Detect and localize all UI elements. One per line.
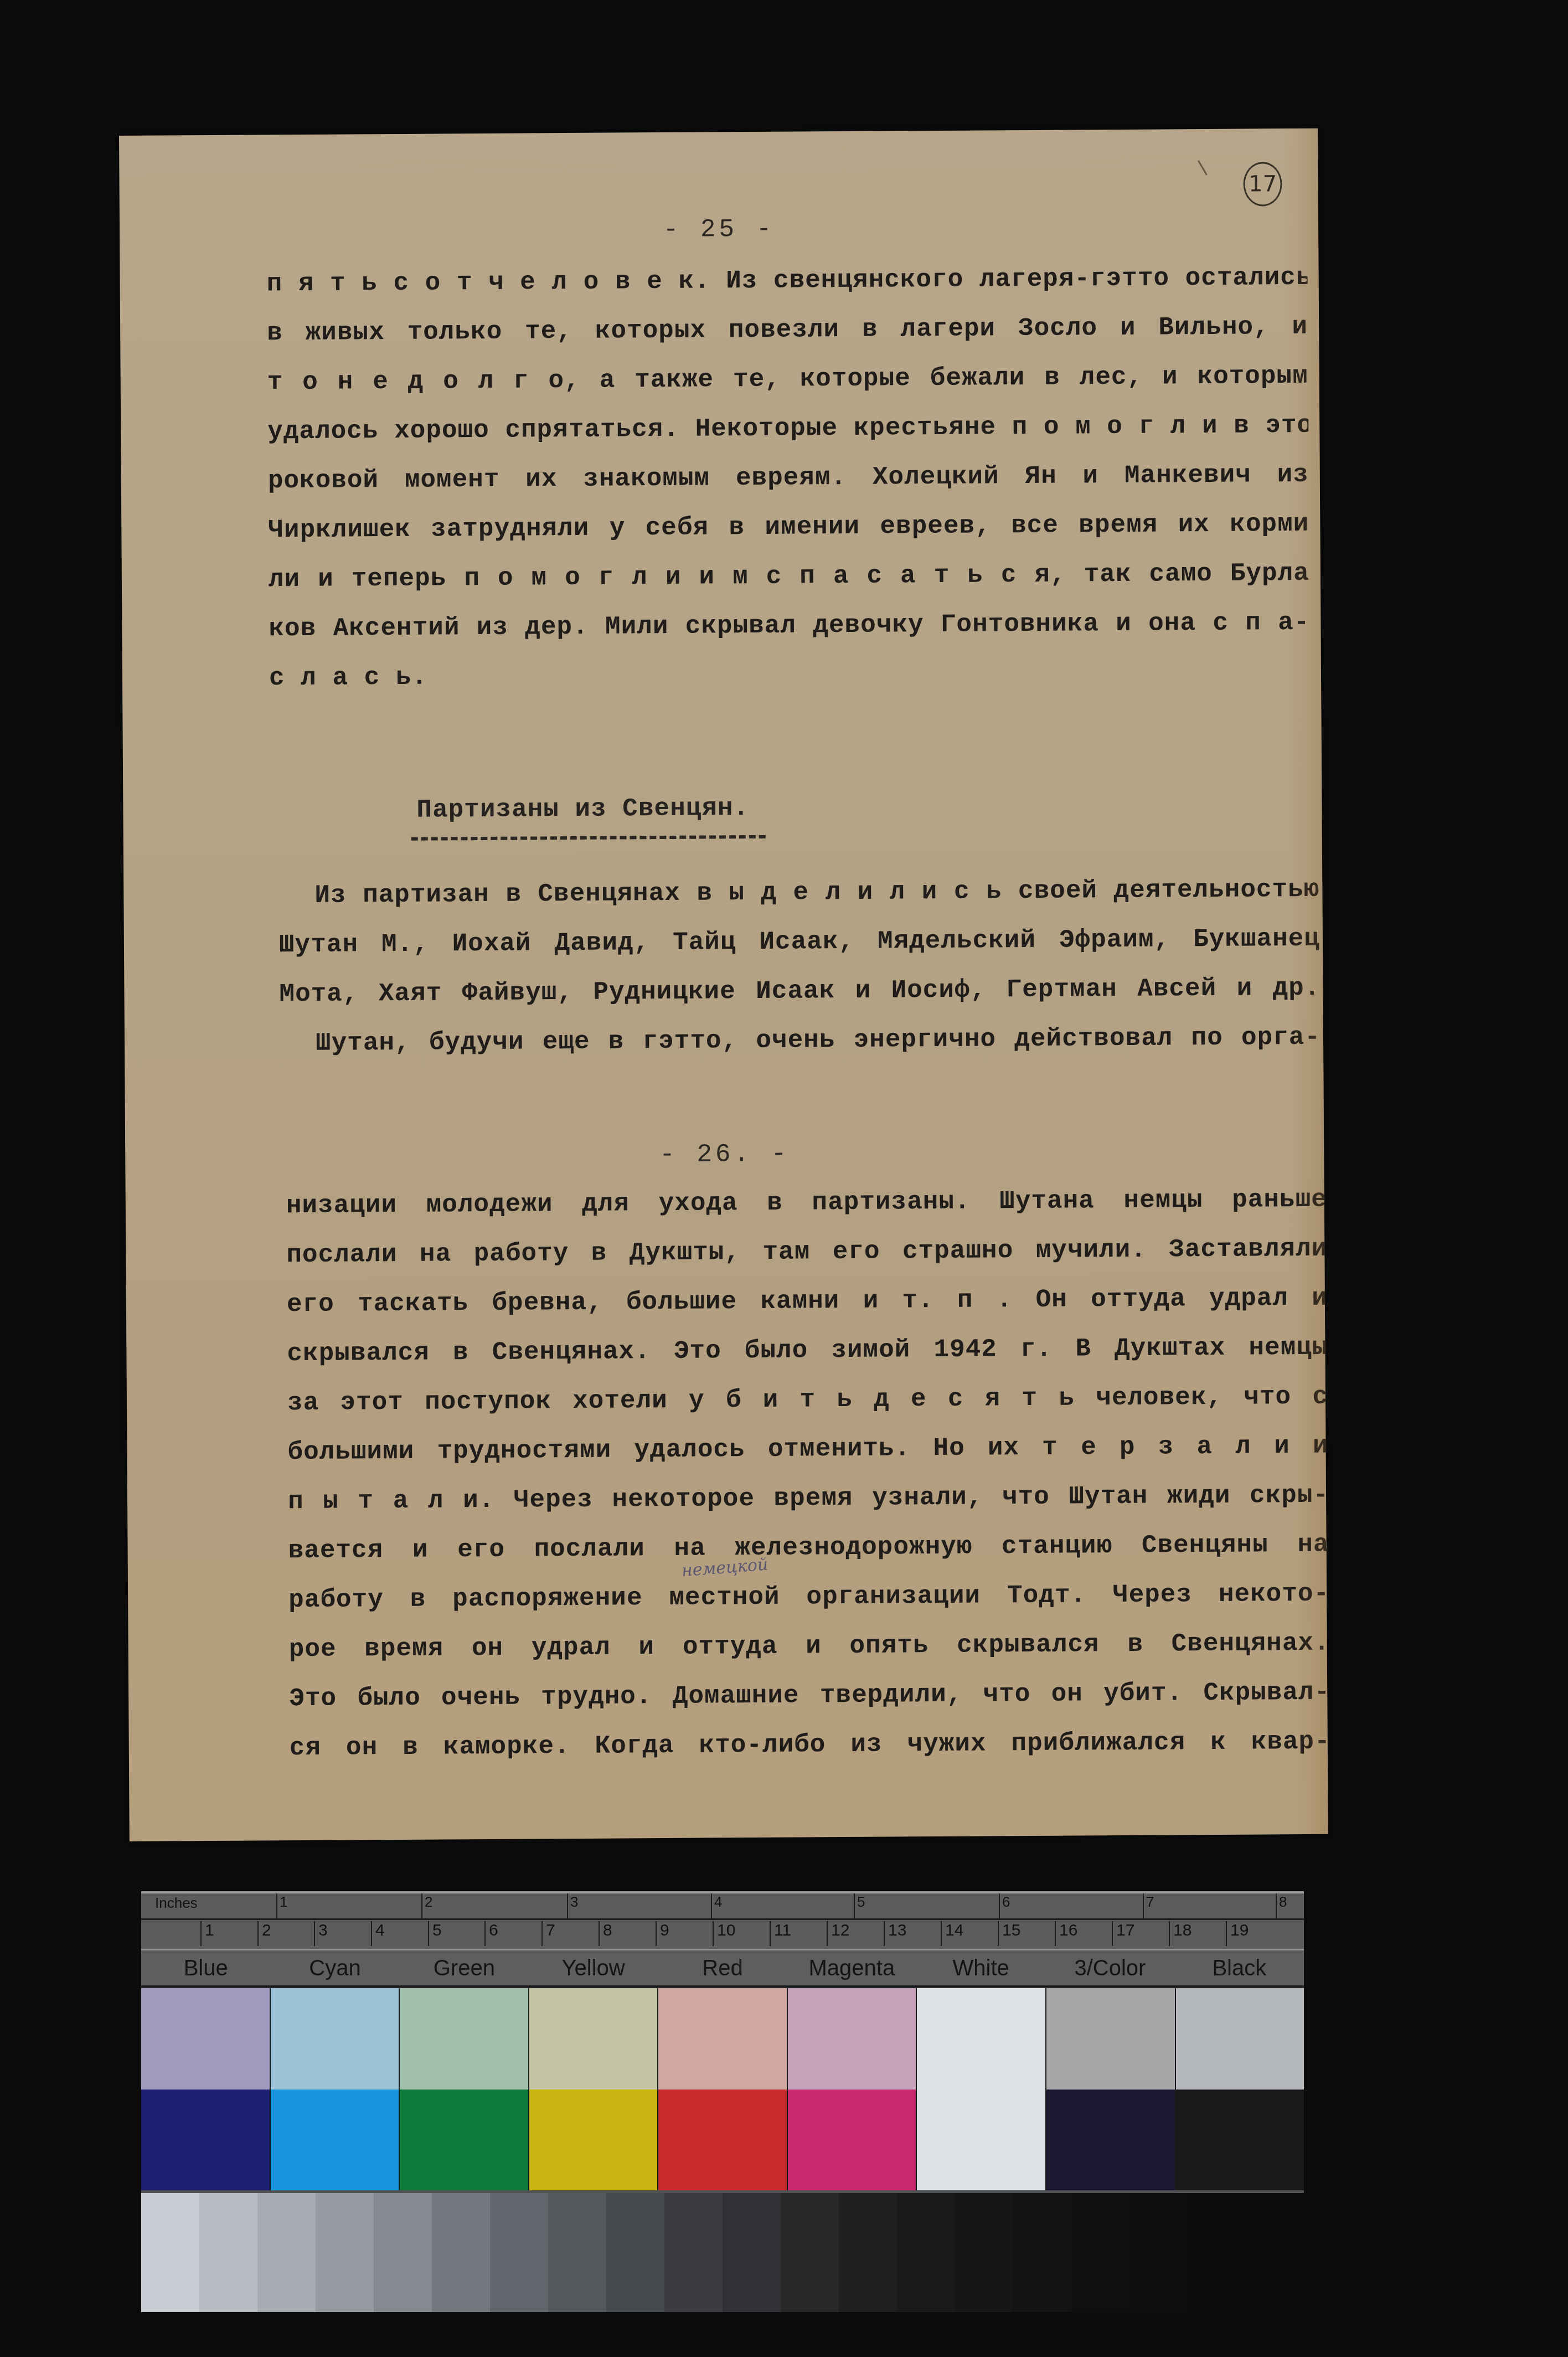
page-number-26: - 26. - <box>125 1136 1324 1172</box>
gray-step <box>141 2193 199 2312</box>
gray-step <box>897 2193 955 2312</box>
inch-mark: 5 <box>857 1893 865 1911</box>
swatch-column-magenta <box>788 1988 917 2190</box>
cm-mark: 13 <box>888 1921 906 1940</box>
text-line: Чирклишек затрудняли у себя в имении евр… <box>268 500 1309 555</box>
text-line: рое время он удрал и оттуда и опять скры… <box>288 1619 1330 1674</box>
inch-mark: 4 <box>714 1893 722 1911</box>
swatch-light <box>400 1988 528 2090</box>
inch-mark: 1 <box>280 1893 287 1911</box>
text-line: работу в распоряжение местной организаци… <box>288 1569 1330 1625</box>
swatch-dark <box>529 2090 658 2191</box>
page-25-body: п я т ь с о т ч е л о в е к. Из свенцянс… <box>266 253 1310 703</box>
gray-step <box>723 2193 781 2312</box>
text-line: скрывался в Свенцянах. Это было зимой 19… <box>287 1323 1328 1378</box>
cm-mark: 9 <box>660 1921 669 1940</box>
text-line: Мота, Хаят Файвуш, Рудницкие Исаак и Иос… <box>279 964 1321 1019</box>
swatch-dark <box>141 2090 270 2191</box>
cm-mark: 19 <box>1230 1921 1249 1940</box>
text-line: послали на работу в Дукшты, там его стра… <box>286 1224 1328 1280</box>
swatch-dark <box>658 2090 787 2191</box>
swatch-light <box>271 1988 399 2090</box>
cm-mark: 17 <box>1116 1921 1134 1940</box>
cm-mark: 7 <box>546 1921 555 1940</box>
color-label: White <box>916 1951 1045 1985</box>
text-line: низации молодежи для ухода в партизаны. … <box>286 1175 1328 1231</box>
section-body: Из партизан в Свенцянах в ы д е л и л и … <box>278 865 1321 1068</box>
swatch-light <box>788 1988 916 2090</box>
color-swatch-grid <box>141 1988 1304 2190</box>
page-number-25: - 25 - <box>120 212 1318 248</box>
typed-document-page: 17 - 25 - п я т ь с о т ч е л о в е к. И… <box>119 128 1328 1841</box>
gray-step <box>664 2193 723 2312</box>
text-line: т о н е д о л г о, а также те, которые б… <box>267 352 1308 407</box>
swatch-white <box>917 1988 1045 2190</box>
color-label: 3/Color <box>1045 1951 1174 1985</box>
gray-step <box>490 2193 548 2312</box>
ruler-divider <box>141 1918 1304 1920</box>
gray-step <box>432 2193 490 2312</box>
cm-mark: 6 <box>489 1921 498 1940</box>
swatch-column-yellow <box>529 1988 659 2190</box>
swatch-column-black <box>1176 1988 1304 2190</box>
archive-page-number-circled: 17 <box>1243 162 1282 206</box>
text-line: Шутан, будучи еще в гэтто, очень энергич… <box>280 1013 1321 1068</box>
measurement-ruler: Inches 1 2 3 4 5 6 7 8 1 2 3 4 5 6 7 8 9… <box>141 1891 1304 1951</box>
pencil-tick-mark <box>1198 160 1208 175</box>
color-label: Red <box>658 1951 787 1985</box>
swatch-column-3color <box>1046 1988 1176 2190</box>
text-line: вается и его послали на железнодорожную … <box>288 1520 1329 1576</box>
text-line: его таскать бревна, большие камни и т. п… <box>287 1274 1328 1329</box>
gray-step <box>199 2193 257 2312</box>
text-line: с л а с ь. <box>269 647 1311 703</box>
text-line: Это было очень трудно. Домашние твердили… <box>289 1668 1330 1723</box>
color-label: Yellow <box>529 1951 658 1985</box>
text-line: Шутан М., Иохай Давид, Тайц Исаак, Мядел… <box>279 914 1321 970</box>
swatch-light <box>141 1988 270 2090</box>
swatch-column-blue <box>141 1988 271 2190</box>
grayscale-step-wedge <box>141 2193 1304 2312</box>
gray-step <box>781 2193 839 2312</box>
swatch-column-cyan <box>271 1988 400 2190</box>
color-label: Blue <box>141 1951 270 1985</box>
gray-step <box>1246 2193 1304 2312</box>
gray-step <box>955 2193 1013 2312</box>
heading-underline <box>411 835 766 841</box>
swatch-light <box>1046 1988 1175 2090</box>
text-line: п ы т а л и. Через некоторое время узнал… <box>288 1471 1329 1526</box>
text-line: п я т ь с о т ч е л о в е к. Из свенцянс… <box>266 253 1308 308</box>
inch-mark: 7 <box>1146 1893 1154 1911</box>
color-label: Cyan <box>270 1951 399 1985</box>
inch-mark: 2 <box>425 1893 432 1911</box>
swatch-column-white <box>917 1988 1046 2190</box>
gray-step <box>1013 2193 1071 2312</box>
cm-mark: 18 <box>1173 1921 1192 1940</box>
cm-mark: 1 <box>205 1921 214 1940</box>
text-line: ли и теперь п о м о г л и и м с п а с а … <box>269 549 1310 604</box>
swatch-dark <box>400 2090 528 2191</box>
color-calibration-target: Inches 1 2 3 4 5 6 7 8 1 2 3 4 5 6 7 8 9… <box>141 1891 1304 2312</box>
swatch-column-red <box>658 1988 788 2190</box>
gray-step <box>374 2193 432 2312</box>
gray-step <box>1188 2193 1246 2312</box>
color-label: Magenta <box>787 1951 916 1985</box>
swatch-column-green <box>400 1988 529 2190</box>
swatch-light <box>529 1988 658 2090</box>
cm-mark: 11 <box>774 1921 791 1940</box>
swatch-light <box>1176 1988 1304 2090</box>
text-line: Из партизан в Свенцянах в ы д е л и л и … <box>278 865 1320 920</box>
gray-step <box>839 2193 897 2312</box>
gray-step <box>548 2193 606 2312</box>
cm-mark: 3 <box>318 1921 328 1940</box>
gray-step <box>316 2193 374 2312</box>
color-label: Black <box>1175 1951 1304 1985</box>
page-26-body: низации молодежи для ухода в партизаны. … <box>286 1175 1330 1773</box>
cm-mark: 2 <box>262 1921 271 1940</box>
ruler-unit-label: Inches <box>155 1895 198 1912</box>
cm-mark: 4 <box>375 1921 385 1940</box>
swatch-dark <box>788 2090 916 2191</box>
cm-mark: 14 <box>945 1921 963 1940</box>
text-line: роковой момент их знакомым евреям. Холец… <box>268 450 1309 506</box>
cm-mark: 15 <box>1002 1921 1020 1940</box>
inch-mark: 3 <box>570 1893 578 1911</box>
swatch-dark <box>271 2090 399 2191</box>
cm-mark: 12 <box>831 1921 849 1940</box>
gray-step <box>606 2193 664 2312</box>
inch-mark: 8 <box>1279 1893 1287 1911</box>
cm-mark: 10 <box>717 1921 735 1940</box>
cm-mark: 16 <box>1059 1921 1077 1940</box>
cm-mark: 5 <box>432 1921 442 1940</box>
section-heading: Партизаны из Свенцян. <box>416 794 749 825</box>
gray-step <box>1129 2193 1188 2312</box>
text-line: большими трудностями удалось отменить. Н… <box>287 1422 1329 1477</box>
cm-mark: 8 <box>603 1921 612 1940</box>
color-labels-row: Blue Cyan Green Yellow Red Magenta White… <box>141 1951 1304 1988</box>
color-label: Green <box>400 1951 529 1985</box>
text-line: в живых только те, которых повезли в лаг… <box>267 302 1308 358</box>
swatch-dark <box>1046 2090 1175 2191</box>
swatch-light <box>658 1988 787 2090</box>
swatch-dark <box>1176 2090 1304 2191</box>
gray-step <box>1071 2193 1129 2312</box>
text-line: удалось хорошо спрятаться. Некоторые кре… <box>267 401 1309 456</box>
gray-step <box>257 2193 316 2312</box>
inch-mark: 6 <box>1002 1893 1010 1911</box>
text-line: за этот поступок хотели у б и т ь д е с … <box>287 1372 1329 1428</box>
text-line: ков Аксентий из дер. Мили скрывал девочк… <box>269 598 1310 653</box>
text-line: ся он в каморке. Когда кто-либо из чужих… <box>290 1717 1331 1773</box>
